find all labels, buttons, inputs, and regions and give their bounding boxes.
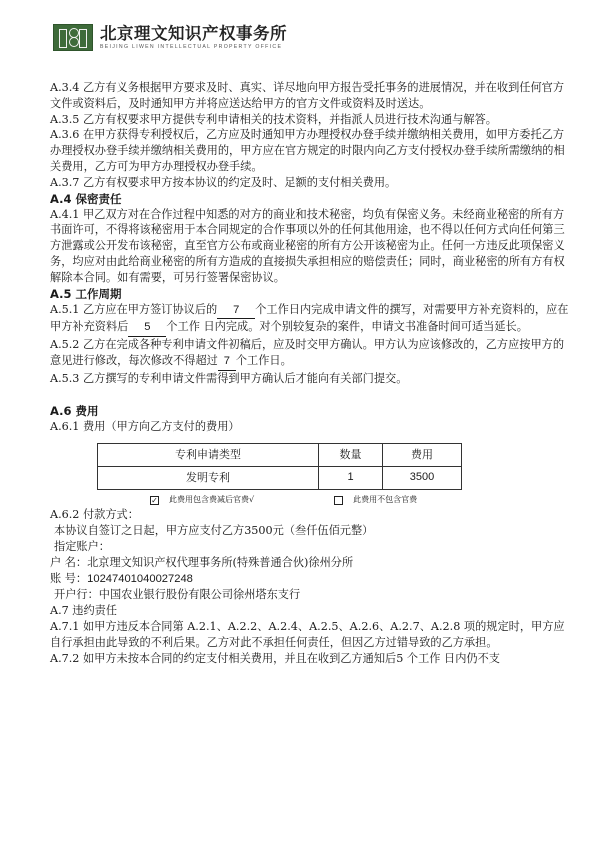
contract-body: A.3.4 乙方有义务根据甲方要求及时、真实、详尽地向甲方报告受托事务的进展情况… [50,80,575,666]
col-header-type: 专利申请类型 [98,444,319,467]
designated-account-label: 指定账户： [50,539,575,555]
payment-terms: 本协议自签订之日起，甲方应支付乙方3500元（叁仟伍佰元整） [50,523,575,539]
section-heading-a7: A.7 违约责任 [50,603,575,619]
clause-a7-2: A.7.2 如甲方未按本合同的约定支付相关费用，并且在收到乙方通知后5 个工作 … [50,651,575,667]
table-row: 发明专利 1 3500 [98,467,462,490]
clause-a5-1: A.5.1 乙方应在甲方签订协议后的7个工作日内完成申请文件的撰写，对需要甲方补… [50,302,575,338]
clause-a5-2-text-1: A.5.2 乙方在完成各种专利申请文件初稿后，应及时交甲方确认。甲方认为应该修改… [50,338,564,367]
firm-brand: 北京理文知识产权事务所 BEIJING LIWEN INTELLECTUAL P… [100,24,287,51]
cell-type: 发明专利 [98,467,319,490]
account-number-line: 账 号：10247401040027248 [50,571,575,588]
clause-a5-2-text-2: 个工作日。 [236,354,292,367]
account-number: 10247401040027248 [87,573,193,585]
letterhead: 北京理文知识产权事务所 BEIJING LIWEN INTELLECTUAL P… [53,22,287,52]
section-heading-a5: A.5 工作周期 [50,286,575,302]
clause-a3-5: A.3.5 乙方有权要求甲方提供专利申请相关的技术资料，并指派人员进行技术沟通与… [50,112,575,128]
account-name: 户 名：北京理文知识产权代理事务所(特殊普通合伙)徐州分所 [50,555,575,571]
clause-a5-2: A.5.2 乙方在完成各种专利申请文件初稿后，应及时交甲方确认。甲方认为应该修改… [50,337,575,371]
account-number-label: 账 号： [50,572,87,585]
clause-a6-2: A.6.2 付款方式： [50,507,575,523]
firm-name-en: BEIJING LIWEN INTELLECTUAL PROPERTY OFFI… [100,43,287,51]
firm-logo-icon [53,24,93,51]
clause-a3-4: A.3.4 乙方有义务根据甲方要求及时、真实、详尽地向甲方报告受托事务的进展情况… [50,80,575,112]
days-field-1: 7 [217,303,255,320]
clause-a6-1: A.6.1 费用（甲方向乙方支付的费用） [50,419,575,435]
fee-option-label-1: 此费用包含费减后官费√ [169,492,254,508]
fee-options: ✓ 此费用包含费减后官费√ 此费用不包含官费 [150,493,575,507]
days-field-3: 7 [218,354,236,371]
checkbox-checked-icon[interactable]: ✓ [150,496,159,505]
section-heading-a6: A.6 费用 [50,403,575,419]
clause-a4-1: A.4.1 甲乙双方对在合作过程中知悉的对方的商业和技术秘密，均负有保密义务。未… [50,207,575,286]
col-header-qty: 数量 [319,444,383,467]
bank-name: 开户行：中国农业银行股份有限公司徐州塔东支行 [50,587,575,603]
fee-option-includes-official[interactable]: ✓ 此费用包含费减后官费√ [150,492,254,508]
firm-name-cn: 北京理文知识产权事务所 [100,24,287,43]
fee-table: 专利申请类型 数量 费用 发明专利 1 3500 [97,443,462,490]
clause-a5-1-text-1: A.5.1 乙方应在甲方签订协议后的 [50,303,217,316]
cell-fee: 3500 [383,467,462,490]
fee-option-label-2: 此费用不包含官费 [353,492,417,508]
days-field-2: 5 [128,320,166,337]
col-header-fee: 费用 [383,444,462,467]
clause-a7-1: A.7.1 如甲方违反本合同第 A.2.1、A.2.2、A.2.4、A.2.5、… [50,619,575,651]
clause-a3-6: A.3.6 在甲方获得专利授权后，乙方应及时通知甲方办理授权办登手续并缴纳相关费… [50,127,575,174]
cell-qty: 1 [319,467,383,490]
section-heading-a4: A.4 保密责任 [50,191,575,207]
clause-a5-1-text-3: 个工作 日内完成。对个别较复杂的案件，申请文书准备时间可适当延长。 [166,320,528,333]
clause-a5-3: A.5.3 乙方撰写的专利申请文件需得到甲方确认后才能向有关部门提交。 [50,371,575,387]
checkbox-unchecked-icon[interactable] [334,496,343,505]
fee-table-header: 专利申请类型 数量 费用 [98,444,462,467]
fee-option-excludes-official[interactable]: 此费用不包含官费 [334,492,417,508]
clause-a3-7: A.3.7 乙方有权要求甲方按本协议的约定及时、足额的支付相关费用。 [50,175,575,191]
